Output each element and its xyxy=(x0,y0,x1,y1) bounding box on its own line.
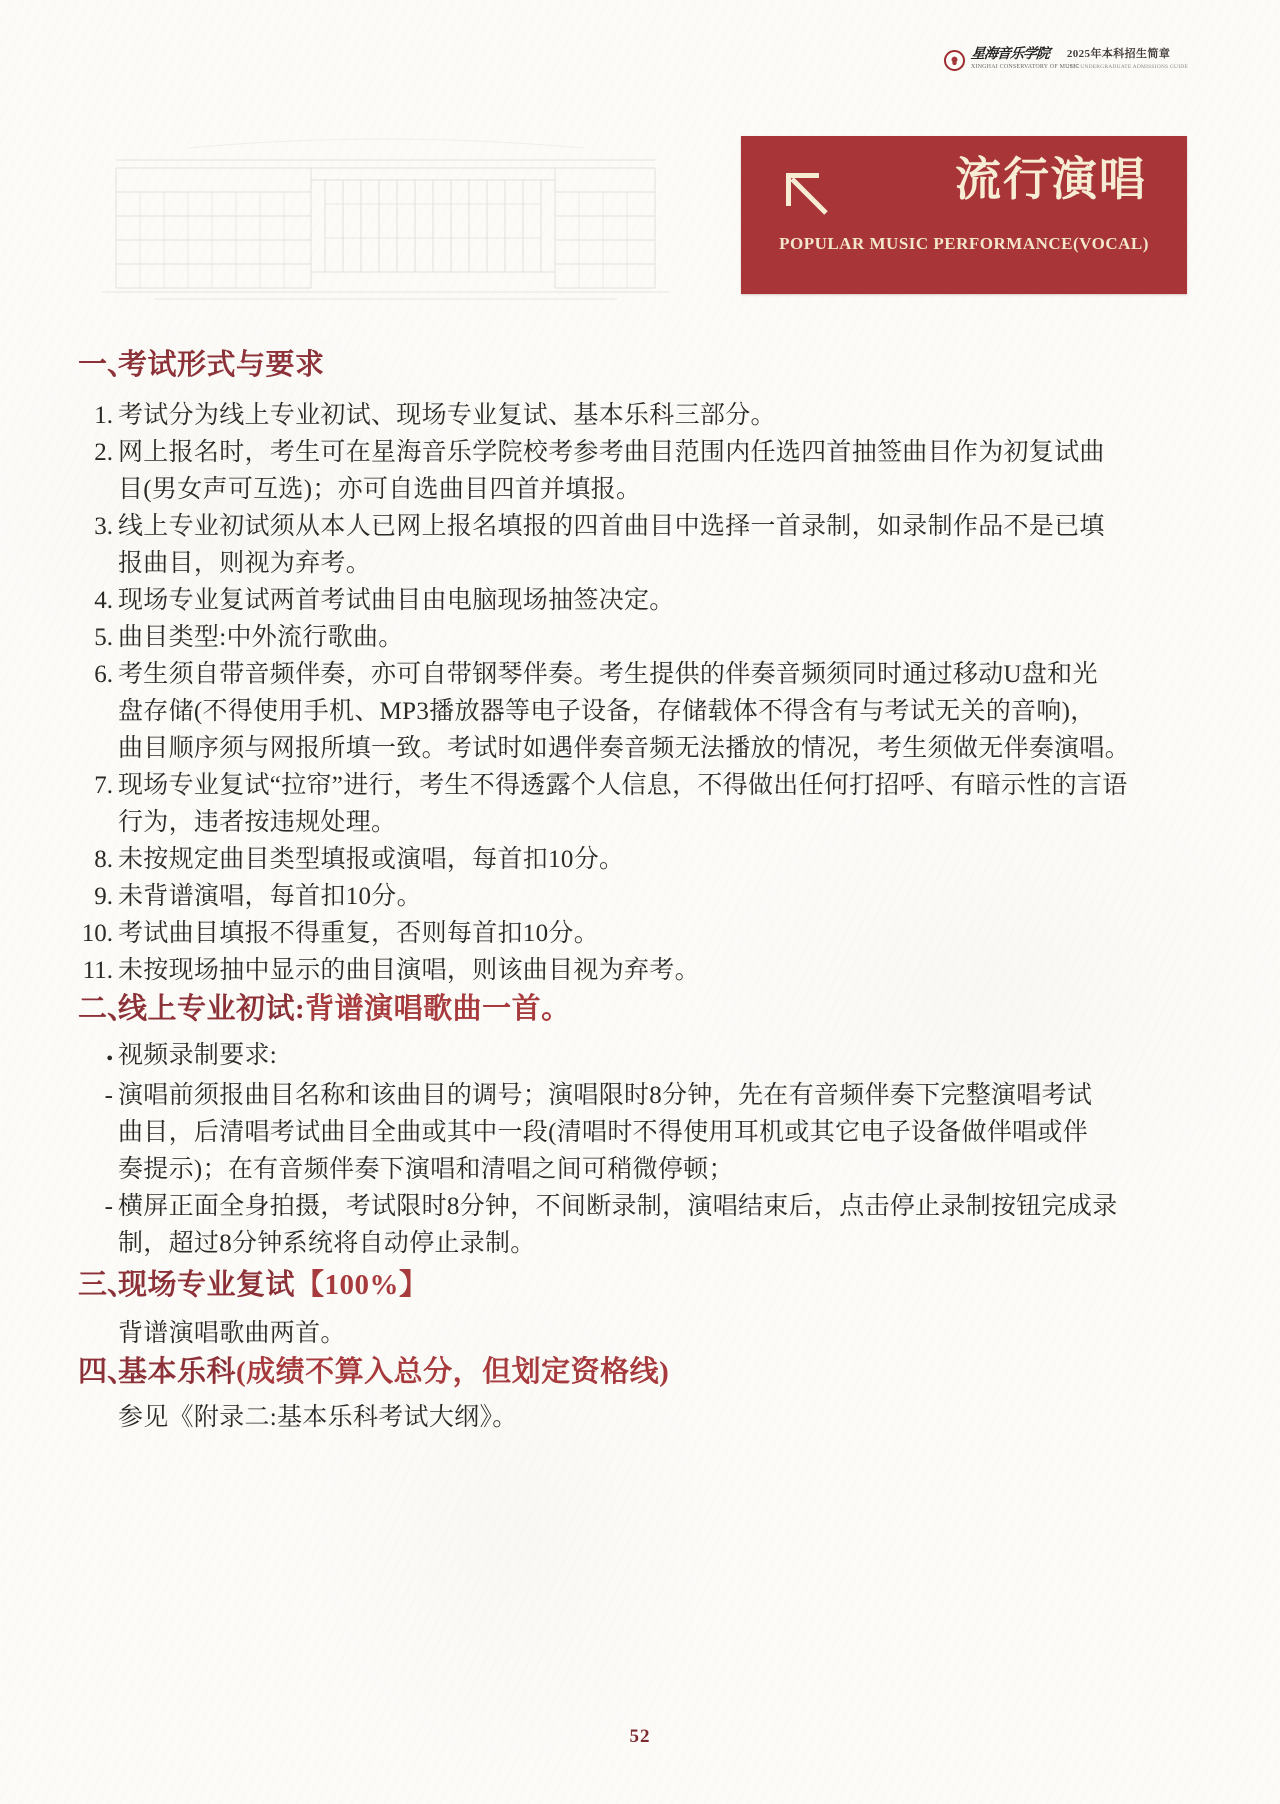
section-3-marker: 三、 xyxy=(78,1265,136,1305)
item-number: 1. xyxy=(78,397,118,434)
school-name-block: 星海音乐学院 XINGHAI CONSERVATORY OF MUSIC xyxy=(971,47,1057,70)
section-2-marker: 二、 xyxy=(78,989,136,1029)
item-text: 现场专业复试“拉帘”进行，考生不得透露个人信息，不得做出任何打招呼、有暗示性的言… xyxy=(118,767,1190,841)
item-number: 11. xyxy=(78,952,118,989)
bullet-item: ● 视频录制要求: xyxy=(78,1037,1190,1077)
brochure-title-zh: 2025年本科招生简章 xyxy=(1067,47,1188,62)
page-number: 52 xyxy=(0,1726,1280,1748)
item-text: 曲目类型:中外流行歌曲。 xyxy=(118,619,1190,656)
brochure-title-block: 2025年本科招生简章 2025 UNDERGRADUATE ADMISSION… xyxy=(1067,47,1188,70)
section-2-title: 线上专业初试:背谱演唱歌曲一首。 xyxy=(118,993,571,1025)
item-text: 考试分为线上专业初试、现场专业复试、基本乐科三部分。 xyxy=(118,397,1190,434)
bullet-icon: ● xyxy=(106,1052,113,1064)
list-item: 8. 未按规定曲目类型填报或演唱，每首扣10分。 xyxy=(78,841,1190,878)
list-item: 4. 现场专业复试两首考试曲目由电脑现场抽签决定。 xyxy=(78,582,1190,619)
spacer xyxy=(78,1399,118,1436)
item-number: 7. xyxy=(78,767,118,841)
item-text: 网上报名时，考生可在星海音乐学院校考参考曲目范围内任选四首抽签曲目作为初复试曲 … xyxy=(118,434,1190,508)
item-number: 2. xyxy=(78,434,118,508)
banner-title-en: POPULAR MUSIC PERFORMANCE(VOCAL) xyxy=(741,234,1187,254)
item-number: 8. xyxy=(78,841,118,878)
item-number: 9. xyxy=(78,878,118,915)
item-text: 横屏正面全身拍摄，考试限时8分钟，不间断录制，演唱结束后，点击停止录制按钮完成录… xyxy=(118,1188,1190,1262)
spacer xyxy=(78,1315,118,1352)
section-3-heading: 三、 现场专业复试【100%】 xyxy=(78,1265,1190,1305)
section-4-body: 参见《附录二:基本乐科考试大纲》。 xyxy=(78,1399,1190,1436)
school-name-en: XINGHAI CONSERVATORY OF MUSIC xyxy=(971,64,1057,70)
list-item: 10. 考试曲目填报不得重复，否则每首扣10分。 xyxy=(78,915,1190,952)
list-item: 3. 线上专业初试须从本人已网上报名填报的四首曲目中选择一首录制，如录制作品不是… xyxy=(78,508,1190,582)
arrow-up-left-icon xyxy=(783,170,829,216)
school-name-zh: 星海音乐学院 xyxy=(970,47,1058,63)
section-2-title-emph: 背谱演唱歌曲一首。 xyxy=(305,993,571,1025)
dash-marker: - xyxy=(78,1077,118,1188)
item-number: 5. xyxy=(78,619,118,656)
list-item: 2. 网上报名时，考生可在星海音乐学院校考参考曲目范围内任选四首抽签曲目作为初复… xyxy=(78,434,1190,508)
section-3-title-emph: 【100%】 xyxy=(295,1269,429,1301)
section-1-marker: 一、 xyxy=(78,345,136,385)
section-4-marker: 四、 xyxy=(78,1352,136,1392)
dash-marker: - xyxy=(78,1188,118,1262)
brochure-title-en: 2025 UNDERGRADUATE ADMISSIONS GUIDE xyxy=(1067,64,1188,70)
section-2-title-prefix: 线上专业初试: xyxy=(118,993,305,1025)
dash-item: - 横屏正面全身拍摄，考试限时8分钟，不间断录制，演唱结束后，点击停止录制按钮完… xyxy=(78,1188,1190,1262)
list-item: 11. 未按现场抽中显示的曲目演唱，则该曲目视为弃考。 xyxy=(78,952,1190,989)
item-text: 考生须自带音频伴奏，亦可自带钢琴伴奏。考生提供的伴奏音频须同时通过移动U盘和光 … xyxy=(118,656,1190,767)
list-item: 1. 考试分为线上专业初试、现场专业复试、基本乐科三部分。 xyxy=(78,397,1190,434)
brand-header: 星海音乐学院 XINGHAI CONSERVATORY OF MUSIC 202… xyxy=(944,47,1188,71)
section-2-heading: 二、 线上专业初试:背谱演唱歌曲一首。 xyxy=(78,989,1190,1029)
item-text: 背谱演唱歌曲两首。 xyxy=(118,1315,1190,1352)
section-4-title-emph: (成绩不算入总分，但划定资格线) xyxy=(236,1356,669,1388)
item-text: 参见《附录二:基本乐科考试大纲》。 xyxy=(118,1399,1190,1436)
section-1-title: 考试形式与要求 xyxy=(118,349,325,381)
building-illustration xyxy=(98,120,673,305)
item-number: 4. xyxy=(78,582,118,619)
item-text: 未按现场抽中显示的曲目演唱，则该曲目视为弃考。 xyxy=(118,952,1190,989)
brochure-page: 星海音乐学院 XINGHAI CONSERVATORY OF MUSIC 202… xyxy=(0,0,1280,1804)
item-text: 现场专业复试两首考试曲目由电脑现场抽签决定。 xyxy=(118,582,1190,619)
item-number: 6. xyxy=(78,656,118,767)
major-banner: 流行演唱 POPULAR MUSIC PERFORMANCE(VOCAL) xyxy=(741,136,1187,294)
bullet-marker: ● xyxy=(78,1037,118,1077)
page-content: 一、 考试形式与要求 1. 考试分为线上专业初试、现场专业复试、基本乐科三部分。… xyxy=(78,345,1190,1436)
section-3-body: 背谱演唱歌曲两首。 xyxy=(78,1315,1190,1352)
section-3-title: 现场专业复试【100%】 xyxy=(118,1269,429,1301)
item-text: 演唱前须报曲目名称和该曲目的调号；演唱限时8分钟，先在有音频伴奏下完整演唱考试 … xyxy=(118,1077,1190,1188)
item-text: 未按规定曲目类型填报或演唱，每首扣10分。 xyxy=(118,841,1190,878)
dash-item: - 演唱前须报曲目名称和该曲目的调号；演唱限时8分钟，先在有音频伴奏下完整演唱考… xyxy=(78,1077,1190,1188)
item-text: 线上专业初试须从本人已网上报名填报的四首曲目中选择一首录制，如录制作品不是已填 … xyxy=(118,508,1190,582)
section-1-heading: 一、 考试形式与要求 xyxy=(78,345,1190,385)
item-number: 10. xyxy=(78,915,118,952)
item-number: 3. xyxy=(78,508,118,582)
section-4-heading: 四、 基本乐科(成绩不算入总分，但划定资格线) xyxy=(78,1352,1190,1392)
list-item: 6. 考生须自带音频伴奏，亦可自带钢琴伴奏。考生提供的伴奏音频须同时通过移动U盘… xyxy=(78,656,1190,767)
banner-title-zh: 流行演唱 xyxy=(955,152,1147,208)
list-item: 5. 曲目类型:中外流行歌曲。 xyxy=(78,619,1190,656)
list-item: 9. 未背谱演唱，每首扣10分。 xyxy=(78,878,1190,915)
section-3-title-prefix: 现场专业复试 xyxy=(118,1269,295,1301)
item-text: 考试曲目填报不得重复，否则每首扣10分。 xyxy=(118,915,1190,952)
school-seal-icon xyxy=(944,50,965,71)
section-4-title: 基本乐科(成绩不算入总分，但划定资格线) xyxy=(118,1356,669,1388)
list-item: 7. 现场专业复试“拉帘”进行，考生不得透露个人信息，不得做出任何打招呼、有暗示… xyxy=(78,767,1190,841)
item-text: 未背谱演唱，每首扣10分。 xyxy=(118,878,1190,915)
item-text: 视频录制要求: xyxy=(118,1037,1190,1077)
